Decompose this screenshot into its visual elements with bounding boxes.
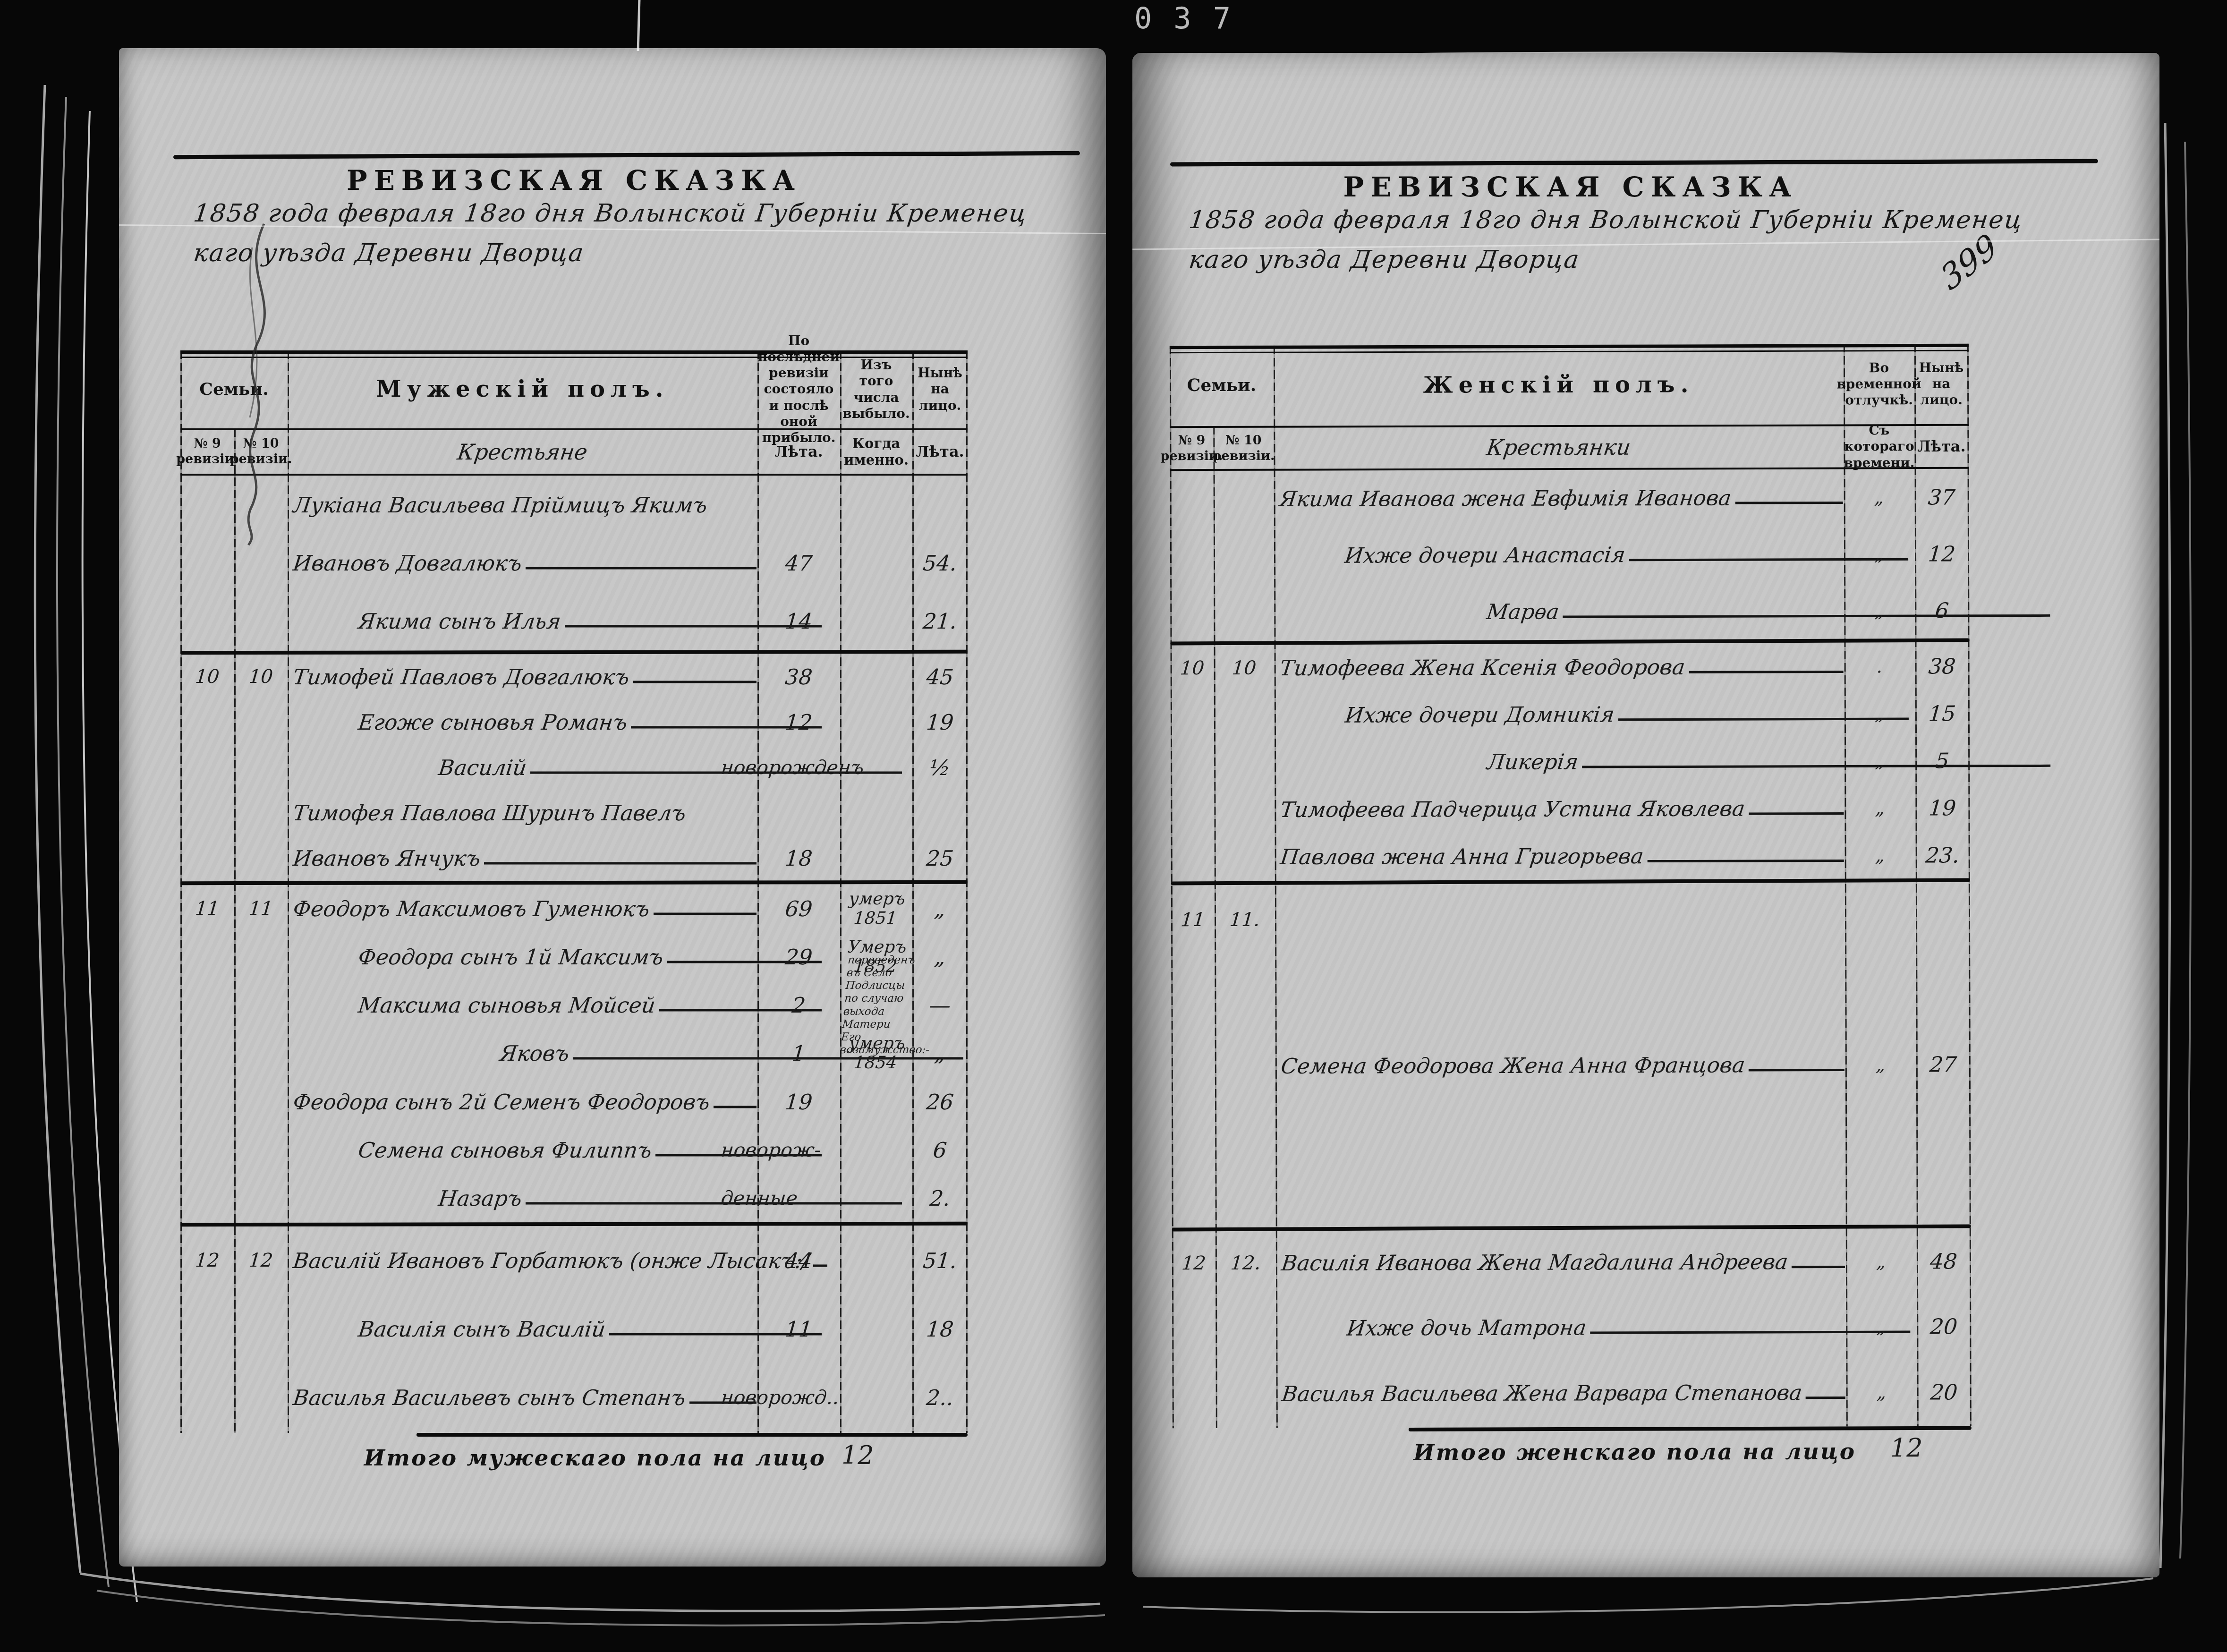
- row-away-since: „: [1845, 1382, 1918, 1403]
- row-away-since: „: [1845, 1251, 1918, 1272]
- female-table-body: Якима Иванова жена Евфимія Иванова„37Ихж…: [1170, 469, 1972, 1427]
- table-row: Ихже дочери Анастасія„12: [1170, 526, 1969, 584]
- table-row: Тимофеева Падчерица Устина Яковлева„19: [1171, 784, 1970, 834]
- row-age-current: 37: [1913, 485, 1969, 510]
- row-age-current: 5: [1914, 748, 1970, 773]
- table-row: Назаръденные2.: [180, 1174, 968, 1222]
- row-age-last-revision: 29: [756, 945, 841, 970]
- family-number-9th-revision: 12: [179, 1250, 235, 1271]
- family-number-9th-revision: 11: [179, 898, 235, 920]
- row-name: Ихже дочери Домникія: [1275, 701, 1915, 728]
- table-row: Ивановъ Янчукъ1825: [180, 835, 968, 881]
- row-age-last-revision: 47: [756, 550, 841, 575]
- row-age-current: 27: [1915, 1052, 1971, 1077]
- row-when-departed: умеръ 1854: [838, 1034, 914, 1073]
- page-title: РЕВИЗСКАЯ СКАЗКА: [1171, 171, 1970, 203]
- female-revision-table: Семьи. Женскій полъ. Во временной отлучк…: [1170, 344, 1972, 1484]
- row-away-since: „: [1843, 487, 1916, 508]
- table-row: Василія сынъ Василій1118: [180, 1294, 968, 1363]
- column-header-9th-revision: № 9 ревизіи.: [1170, 426, 1213, 471]
- ink-flourish-decoration: [224, 219, 304, 550]
- row-age-current: —: [911, 993, 969, 1018]
- family-block: 1010Тимофей Павловъ Довгалюкъ3845Егоже с…: [180, 654, 968, 881]
- page-top-rule: [1170, 159, 2098, 167]
- row-name: Тимофеева Падчерица Устина Яковлева: [1275, 796, 1850, 822]
- row-name: Максима сыновья Мойсей: [288, 993, 828, 1018]
- footer-rule: [1409, 1426, 1972, 1431]
- family-number-10th-revision: 10: [233, 666, 289, 688]
- row-age-current: 2..: [911, 1385, 969, 1410]
- row-newborn-note: новорож-: [720, 1139, 878, 1161]
- row-name: Василія Иванова Жена Магдалина Андреева: [1276, 1249, 1852, 1276]
- row-age-current: 48: [1916, 1249, 1972, 1274]
- row-away-since: „: [1844, 750, 1916, 771]
- subtitle-date-line: 1858 года февраля 18го дня Волынской Губ…: [194, 199, 1027, 228]
- family-block: 1212.Василія Иванова Жена Магдалина Андр…: [1172, 1229, 1972, 1427]
- row-name: Тимофей Павловъ Довгалюкъ: [288, 664, 763, 690]
- row-age-last-revision: 11: [756, 1316, 841, 1341]
- row-name: Семена Феодорова Жена Анна Францова: [1275, 1052, 1851, 1079]
- right-page-female: РЕВИЗСКАЯ СКАЗКА 1858 года февраля 18го …: [1132, 53, 2159, 1577]
- column-subheader-peasants: Крестьяне: [288, 428, 757, 476]
- row-newborn-note: новорожденъ: [720, 756, 878, 779]
- row-age-current: „: [911, 945, 969, 970]
- row-age-last-revision: 1: [756, 1041, 841, 1066]
- total-male-value: 12: [841, 1440, 874, 1470]
- row-age-current: 15: [1914, 701, 1970, 726]
- name-underline-dash: [1792, 1266, 1845, 1268]
- table-row-spacer: [1172, 1100, 1971, 1227]
- row-name: Феодоръ Максимовъ Гуменюкъ: [288, 896, 763, 921]
- row-name: Тимофеева Жена Ксенія Феодорова: [1275, 654, 1850, 681]
- name-underline-dash: [1647, 860, 1844, 862]
- family-block: 1111Феодоръ Максимовъ Гуменюкъ69умеръ 18…: [180, 885, 968, 1222]
- row-age-last-revision: 44: [756, 1248, 841, 1273]
- row-age-current: 12: [1914, 541, 1970, 566]
- name-underline-dash: [1689, 671, 1843, 673]
- total-female-value: 12: [1890, 1433, 1923, 1463]
- name-underline-dash: [654, 913, 756, 915]
- column-subheader-years: Лѣта.: [1914, 424, 1968, 469]
- row-age-last-revision: 38: [756, 664, 841, 690]
- table-row: 1111Феодоръ Максимовъ Гуменюкъ69умеръ 18…: [180, 885, 968, 933]
- total-male-label: Итого мужескаго пола на лицо: [364, 1445, 826, 1471]
- row-age-current: 26: [911, 1089, 969, 1114]
- column-subheader-years: Лѣта.: [912, 428, 968, 476]
- row-age-last-revision: 2: [756, 993, 841, 1018]
- family-number-9th-revision: 10: [1170, 657, 1215, 679]
- family-number-10th-revision: 11.: [1214, 909, 1276, 931]
- name-underline-dash: [1749, 1069, 1844, 1072]
- column-header-last-revision: По послѣдней ревизіи состояло и послѣ он…: [757, 350, 840, 428]
- row-name: Егоже сыновья Романъ: [288, 710, 828, 735]
- table-row: Павлова жена Анна Григорьева„23.: [1171, 832, 1970, 881]
- row-age-current: 20: [1916, 1380, 1972, 1405]
- family-block: Якима Иванова жена Евфимія Иванова„37Ихж…: [1170, 469, 1970, 641]
- row-away-since: „: [1844, 845, 1917, 866]
- row-newborn-note: денные: [720, 1187, 878, 1209]
- row-age-current: 18: [911, 1316, 969, 1341]
- row-age-current: 21.: [911, 609, 969, 634]
- film-frame-counter: 037: [1134, 1, 1252, 35]
- row-newborn-note: новорожд..: [720, 1386, 878, 1409]
- row-name: Ихже дочь Матрона: [1276, 1314, 1917, 1341]
- row-age-current: 6: [1914, 598, 1970, 623]
- name-underline-dash: [633, 681, 756, 683]
- family-block: 1010Тимофеева Жена Ксенія Феодорова.38Их…: [1171, 643, 1970, 881]
- row-away-since: „: [1843, 600, 1916, 621]
- row-age-current: „: [911, 896, 969, 921]
- column-header-male-sex: Мужескій полъ.: [288, 350, 757, 428]
- table-row: 1212Василій Ивановъ Горбатюкъ (онже Лыса…: [180, 1226, 968, 1294]
- row-name: Якима Иванова жена Евфимія Иванова: [1274, 485, 1850, 511]
- table-row: Феодора сынъ 2й Семенъ Феодоровъ1926: [180, 1078, 968, 1126]
- row-name: Павлова жена Анна Григорьева: [1275, 843, 1851, 869]
- row-age-current: 23.: [1914, 843, 1970, 868]
- row-age-last-revision: 12: [756, 710, 841, 735]
- family-number-9th-revision: 12: [1171, 1252, 1216, 1274]
- row-name: Лукіана Васильева Пріймицъ Якимъ: [288, 492, 763, 517]
- table-row: Семена сыновья Филиппъноворож-6: [180, 1126, 968, 1174]
- name-underline-dash: [1735, 502, 1843, 504]
- row-age-current: 6: [911, 1137, 969, 1162]
- row-age-current: 25: [911, 846, 969, 871]
- page-title: РЕВИЗСКАЯ СКАЗКА: [180, 164, 968, 196]
- row-name: Василья Васильева Жена Варвара Степанова: [1276, 1380, 1852, 1406]
- row-age-current: 19: [911, 710, 969, 735]
- table-row: Василійноворожденъ½: [180, 745, 968, 790]
- name-underline-dash: [1563, 614, 2050, 618]
- column-subheader-since-when: Съ котораго времени.: [1844, 424, 1914, 469]
- row-away-since: „: [1844, 703, 1916, 724]
- table-row: Тимофея Павлова Шуринъ Павелъ: [180, 790, 968, 835]
- name-underline-dash: [1806, 1397, 1845, 1399]
- subtitle-place-line: каго уѣзда Деревни Дворца: [1189, 246, 1580, 274]
- row-away-since: .: [1844, 656, 1916, 677]
- row-away-since: „: [1844, 1054, 1917, 1075]
- column-header-families: Семьи.: [1170, 346, 1274, 426]
- table-row: Егоже сыновья Романъ1219: [180, 699, 968, 745]
- footer-rule: [416, 1433, 968, 1437]
- row-away-since: „: [1844, 798, 1917, 818]
- row-name: Якима сынъ Илья: [288, 609, 828, 634]
- family-number-9th-revision: 10: [179, 666, 235, 688]
- row-age-current: 38: [1914, 654, 1970, 679]
- family-number-10th-revision: 10: [1213, 657, 1275, 679]
- row-name: Феодора сынъ 1й Максимъ: [288, 945, 828, 970]
- family-number-10th-revision: 11: [233, 898, 289, 920]
- family-block: 1111.Семена Феодорова Жена Анна Францова…: [1171, 883, 1971, 1227]
- table-row: Ихже дочь Матрона„20: [1172, 1294, 1971, 1362]
- column-subheader-when-exactly: Когда именно.: [840, 428, 912, 476]
- table-row: 1010Тимофеева Жена Ксенія Феодорова.38: [1171, 643, 1970, 692]
- table-row: Марѳа„6: [1170, 582, 1969, 641]
- row-name: Ивановъ Довгалюкъ: [288, 550, 763, 575]
- row-age-current: 20: [1916, 1314, 1972, 1339]
- row-age-current: 45: [911, 664, 969, 690]
- paper-crease: [1132, 239, 2159, 250]
- column-subheader-years: Лѣта.: [757, 428, 840, 476]
- table-row: Василья Васильева Жена Варвара Степанова…: [1172, 1359, 1971, 1427]
- column-header-female-sex: Женскій полъ.: [1274, 344, 1844, 426]
- family-number-10th-revision: 12.: [1215, 1252, 1277, 1274]
- column-header-departed: Изъ того числа выбыло.: [840, 350, 912, 428]
- name-underline-dash: [484, 862, 756, 865]
- table-row: Семена Феодорова Жена Анна Францова„27: [1172, 1029, 1971, 1102]
- page-number: 399: [1934, 226, 2004, 298]
- table-row: Якима Иванова жена Евфимія Иванова„37: [1170, 469, 1969, 528]
- name-underline-dash: [526, 567, 756, 569]
- table-row: Якима сынъ Илья1421.: [180, 592, 968, 650]
- row-age-current: 54.: [911, 550, 969, 575]
- table-row: Василья Васильевъ сынъ Степанъноворожд..…: [180, 1363, 968, 1431]
- table-row: Яковъ1умеръ 1854„: [180, 1029, 968, 1077]
- row-age-last-revision: 14: [756, 609, 841, 634]
- subtitle-date-line: 1858 года февраля 18го дня Волынской Губ…: [1189, 206, 2023, 234]
- row-name: Василія сынъ Василій: [288, 1316, 828, 1341]
- left-page-male: РЕВИЗСКАЯ СКАЗКА 1858 года февраля 18го …: [119, 48, 1106, 1567]
- column-header-now-present: Нынѣ на лицо.: [912, 350, 968, 428]
- row-age-current: 51.: [911, 1248, 969, 1273]
- row-age-current: 19: [1914, 795, 1970, 820]
- table-row: Ихже дочери Домникія„15: [1171, 690, 1970, 739]
- row-when-departed: умеръ 1851: [838, 889, 914, 928]
- row-age-last-revision: 69: [756, 896, 841, 921]
- row-age-current: ½: [911, 755, 969, 780]
- table-row: Ликерія„5: [1171, 737, 1970, 786]
- table-row: Максима сыновья Мойсей2переведенъ въ Сел…: [180, 981, 968, 1029]
- family-number-10th-revision: 12: [233, 1250, 289, 1271]
- table-row: 1212.Василія Иванова Жена Магдалина Андр…: [1172, 1229, 1971, 1296]
- column-header-temporary-absence: Во временной отлучкѣ.: [1844, 344, 1914, 424]
- row-age-last-revision: 18: [756, 846, 841, 871]
- table-row: 1010Тимофей Павловъ Довгалюкъ3845: [180, 654, 968, 699]
- family-block: 1212Василій Ивановъ Горбатюкъ (онже Лыса…: [180, 1226, 968, 1431]
- column-header-10th-revision: № 10 ревизіи.: [1213, 426, 1274, 471]
- column-header-now-present: Нынѣ на лицо.: [1914, 344, 1968, 424]
- row-away-since: „: [1843, 544, 1916, 564]
- row-name: Тимофея Павлова Шуринъ Павелъ: [288, 800, 763, 826]
- row-away-since: „: [1845, 1317, 1918, 1337]
- row-age-current: „: [911, 1041, 969, 1066]
- family-number-9th-revision: 11: [1170, 909, 1215, 931]
- row-name: Василій Ивановъ Горбатюкъ (онже Лысакъ:/: [288, 1248, 763, 1273]
- name-underline-dash: [1749, 812, 1844, 815]
- row-age-current: 2.: [911, 1185, 969, 1210]
- column-subheader-peasant-women: Крестьянки: [1274, 424, 1844, 470]
- male-table-body: Лукіана Васильева Пріймицъ ЯкимъИвановъ …: [180, 476, 968, 1431]
- table-row: 1111.: [1171, 883, 1970, 955]
- total-female-label: Итого женскаго пола на лицо: [1413, 1439, 1856, 1465]
- name-underline-dash: [1582, 765, 2050, 768]
- row-age-last-revision: 19: [756, 1089, 841, 1114]
- row-name: Василья Васильевъ сынъ Степанъ: [288, 1385, 763, 1410]
- page-top-rule: [173, 151, 1080, 159]
- name-underline-dash: [714, 1106, 756, 1108]
- row-name: Ивановъ Янчукъ: [288, 846, 763, 871]
- row-name: Ихже дочери Анастасія: [1274, 542, 1915, 569]
- row-name: Феодора сынъ 2й Семенъ Феодоровъ: [288, 1089, 763, 1114]
